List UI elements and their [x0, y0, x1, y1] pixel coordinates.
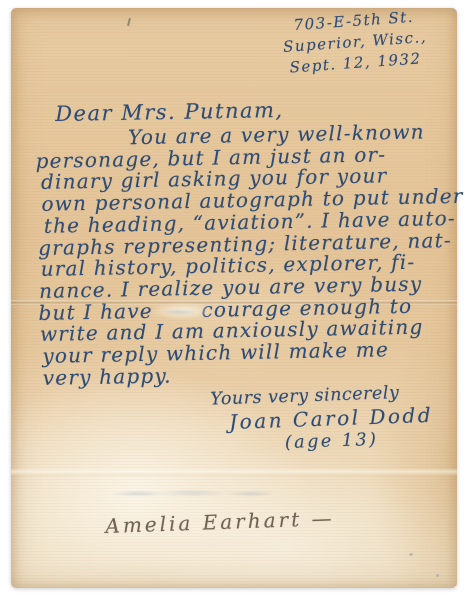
closing-age-note: (age 13) [285, 427, 435, 455]
ink-speck [436, 574, 439, 577]
letter-body: You are a very well-known personage, but… [35, 121, 464, 390]
ink-speck [409, 553, 413, 556]
amelia-earhart-signature: Amelia Earhart — [105, 506, 335, 538]
salutation: Dear Mrs. Putnam, [55, 98, 284, 126]
ink-offset-smudge [106, 487, 286, 499]
closing-block: Yours very sincerely Joan Carol Dodd (ag… [199, 381, 434, 458]
fold-crease-lower [11, 468, 457, 476]
pencil-mark [127, 18, 131, 26]
address-block: 703-E-5th St. Superior, Wisc., Sept. 12,… [281, 6, 429, 79]
letter-page: 703-E-5th St. Superior, Wisc., Sept. 12,… [11, 8, 457, 588]
